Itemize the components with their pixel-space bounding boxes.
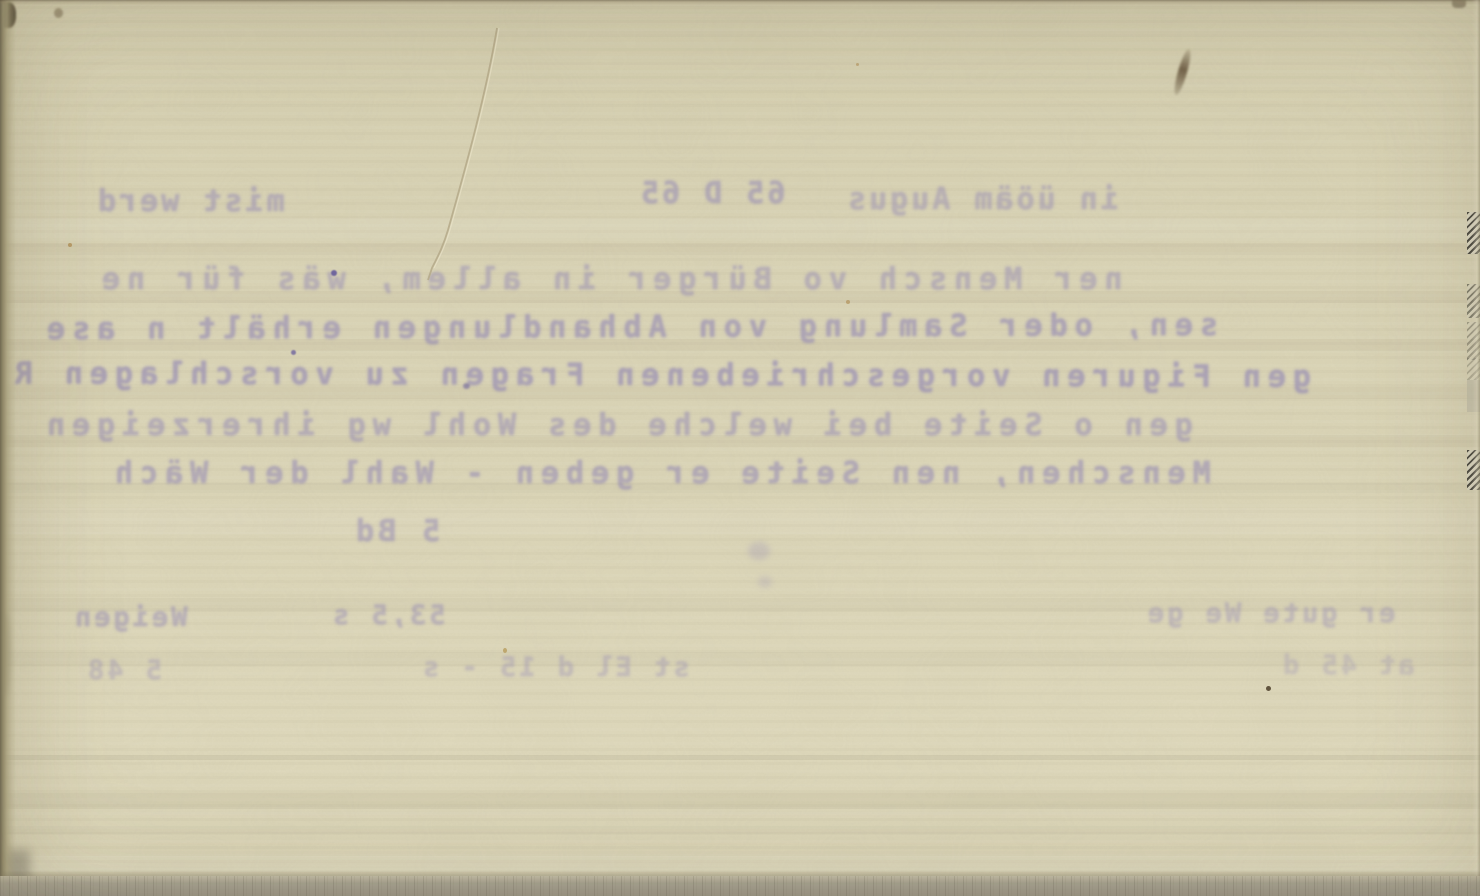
ink-dot <box>291 350 296 355</box>
paper-grain-texture <box>0 0 1480 896</box>
foxing-speck <box>503 648 507 653</box>
scan-bands-overlay <box>0 0 1480 896</box>
bleed-row-fragment: er gute We ge <box>1145 598 1395 629</box>
torn-edge-hatch <box>1467 322 1480 360</box>
scanner-background-strip <box>0 876 1480 896</box>
scan-band <box>0 435 1480 447</box>
ink-smudge <box>748 542 770 560</box>
bottom-edge-shadow <box>0 870 1480 877</box>
scan-band <box>0 243 1480 255</box>
corner-mark-top-right <box>1452 0 1466 8</box>
bleed-row-fragment: 53,5 s <box>330 600 446 631</box>
scan-band <box>0 598 1480 612</box>
bleed-paragraph-line: gen o Seite bei welche des Wohl wg ihrer… <box>40 408 1193 443</box>
paper-top-edge <box>0 0 1480 5</box>
paper-left-edge <box>0 0 16 896</box>
torn-edge-hatch <box>1467 450 1480 490</box>
crease-line <box>0 0 1480 896</box>
bleedthrough-text-layer: in üöäm Augus 65 D 65 mist werd ner Mens… <box>0 0 1480 896</box>
corner-speck <box>54 8 63 18</box>
bleed-row-fragment: 5 48 <box>85 655 162 686</box>
scan-band <box>0 291 1480 303</box>
bleed-row-fragment: st El d 15 - s <box>420 652 690 683</box>
corner-mark-top-left <box>0 2 16 28</box>
bleed-paragraph-line: Menschen, nen Seite er geben - Wahl der … <box>108 456 1211 491</box>
bleed-header-center: 65 D 65 <box>638 176 785 211</box>
brown-streak-stain <box>1172 48 1194 97</box>
foxing-speck <box>856 63 859 66</box>
bleed-header-left: in üöäm Augus <box>845 182 1119 217</box>
scan-band <box>0 339 1480 351</box>
scan-band-light <box>0 856 1480 872</box>
scan-band <box>0 387 1480 399</box>
torn-edge-hatch <box>1467 358 1480 380</box>
bleed-paragraph-line: ner Mensch vo Bürger in allem, wäs für n… <box>95 262 1123 297</box>
corner-shade-bottom-left <box>0 850 30 896</box>
edge-smudge <box>0 612 9 697</box>
torn-edge-block <box>1467 380 1480 412</box>
bleed-row-fragment: at 45 d <box>1280 650 1415 681</box>
scan-band <box>0 826 1480 834</box>
paper-right-edge <box>1472 0 1480 896</box>
foxing-speck <box>68 243 72 247</box>
ink-dot <box>1266 686 1271 691</box>
scan-band <box>0 652 1480 666</box>
ink-smudge <box>758 576 772 588</box>
scanned-paper-sheet: in üöäm Augus 65 D 65 mist werd ner Mens… <box>0 0 1480 896</box>
scan-band-light <box>0 218 1480 238</box>
bleed-paragraph-line: gen Figuren vorgeschriebenen Fragen zu v… <box>8 356 1311 394</box>
bleed-paragraph-line: sen, oder Samlung von Abhandlungen erhäl… <box>40 308 1218 347</box>
torn-edge-hatch <box>1467 212 1480 254</box>
bleed-row-fragment: Weigen <box>72 602 188 633</box>
scan-band-light <box>0 508 1480 534</box>
foxing-speck <box>846 300 850 304</box>
scan-band <box>0 793 1480 809</box>
bleed-header-right: mist werd <box>95 184 285 219</box>
scan-band <box>0 755 1480 760</box>
scan-band <box>0 483 1480 493</box>
ink-dot <box>463 383 470 389</box>
bleed-volume-note: 5 Bd <box>352 514 440 549</box>
scanner-strip-streaks <box>0 876 1480 896</box>
vignette-overlay <box>0 0 1480 896</box>
ink-dot <box>331 270 337 276</box>
torn-edge-hatch <box>1467 284 1480 318</box>
